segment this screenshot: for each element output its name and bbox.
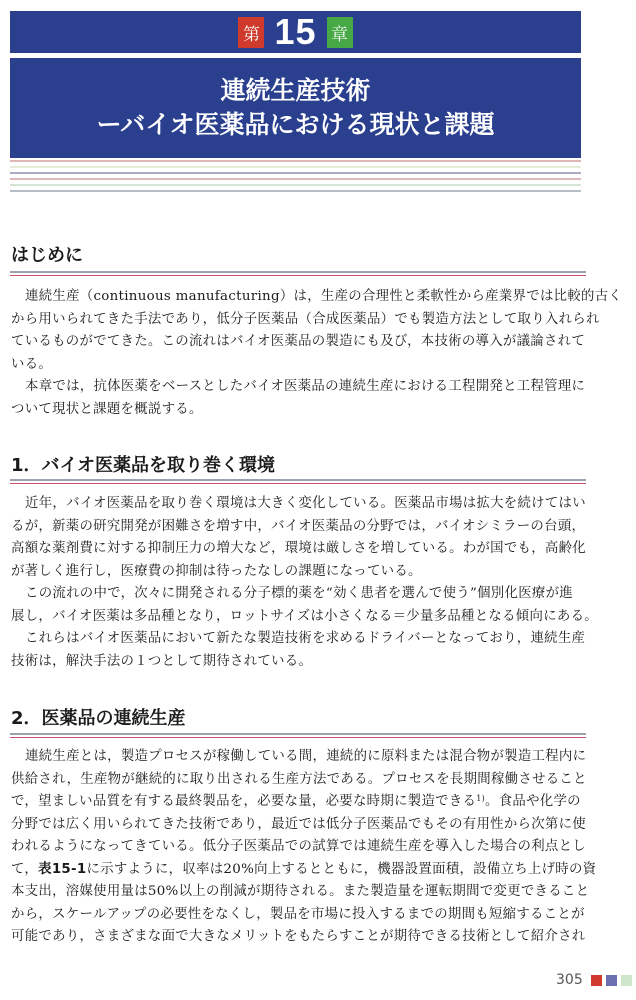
heading-rule [10, 483, 586, 484]
text-line: ついて現状と課題を概説する。 [11, 399, 591, 422]
page-number: 305 [556, 972, 583, 988]
text-line: 連続生産（continuous manufacturing）は，生産の合理性と柔… [11, 286, 591, 309]
heading-rule [10, 733, 586, 735]
heading-rule [10, 737, 586, 738]
decorative-line [10, 184, 581, 186]
text-line: ているものがでてきた。この流れはバイオ医薬品の製造にも及び，本技術の導入が議論さ… [11, 331, 591, 354]
text-line: この流れの中で，次々に開発される分子標的薬を“効く患者を選んで使う”個別化医療が… [11, 583, 591, 606]
text-line: 技術は，解決手法の１つとして期待されている。 [11, 651, 591, 674]
paragraph: 連続生産（continuous manufacturing）は，生産の合理性と柔… [11, 286, 591, 421]
text-line: 分野では広く用いられてきた技術であり，最近では低分子医薬品でもその有用性から次第… [11, 814, 591, 837]
text-line: から，スケールアップの必要性をなくし，製品を市場に投入するまでの期間も短縮するこ… [11, 904, 591, 927]
decorative-line [10, 190, 581, 192]
text-line: これらはバイオ医薬品において新たな製造技術を求めるドライバーとなっており，連続生… [11, 628, 591, 651]
chapter-suffix-box: 章 [327, 17, 353, 48]
text-line: 近年，バイオ医薬品を取り巻く環境は大きく変化している。医薬品市場は拡大を続けては… [11, 493, 591, 516]
heading-rule [10, 479, 586, 481]
text-line: 展し，バイオ医薬は多品種となり，ロットサイズは小さくなる＝少量多品種となる傾向に… [11, 606, 591, 629]
text-line: われるようになってきている。低分子医薬品での試算では連続生産を導入した場合の利点… [11, 836, 591, 859]
green-square-icon [621, 975, 632, 986]
text-line: 本章では，抗体医薬をベースとしたバイオ医薬品の連続生産における工程開発と工程管理… [11, 376, 591, 399]
section-heading-intro: はじめに [11, 245, 83, 267]
text-segment: で，望ましい品質を有する最終製品を，必要な量，必要な時期に製造できる [11, 794, 476, 809]
decorative-line [10, 166, 581, 168]
text-segment: て， [11, 862, 38, 877]
text-line: るが，新薬の研究開発が困難さを増す中，バイオ医薬品の分野では，バイオシミラーの台… [11, 516, 591, 539]
decorative-line [10, 160, 581, 162]
text-line: で，望ましい品質を有する最終製品を，必要な量，必要な時期に製造できる1)。食品や… [11, 791, 591, 814]
chapter-title-line2: ーバイオ医薬品における現状と課題 [10, 108, 581, 142]
reference-marker[interactable]: 1) [476, 794, 485, 803]
table-reference[interactable]: 表15-1 [38, 862, 86, 877]
text-line: 本支出，溶媒使用量は50%以上の削減が期待される。また製造量を運転期間で変更でき… [11, 881, 591, 904]
text-line: て，表15-1に示すように，収率は20%向上するとともに，機器設置面積，設備立ち… [11, 859, 591, 882]
heading-rule [10, 275, 586, 276]
heading-rule [10, 271, 586, 273]
text-line: 供給され，生産物が継続的に取り出される生産方法である。プロセスを長期間稼働させる… [11, 769, 591, 792]
section-heading-2: 2．医薬品の連続生産 [11, 708, 186, 730]
text-line: が著しく進行し，医療費の抑制は待ったなしの課題になっている。 [11, 561, 591, 584]
chapter-number-bar: 第 15 章 [10, 11, 581, 53]
chapter-number: 15 [270, 14, 320, 50]
section-heading-1: 1．バイオ医薬品を取り巻く環境 [11, 455, 275, 477]
text-line: 高額な薬剤費に対する抑制圧力の増大など，環境は厳しさを増している。わが国でも，高… [11, 538, 591, 561]
chapter-title: 連続生産技術 ーバイオ医薬品における現状と課題 [10, 58, 581, 158]
text-line: から用いられてきた手法であり，低分子医薬品（合成医薬品）でも製造方法として取り入… [11, 309, 591, 332]
paragraph: 近年，バイオ医薬品を取り巻く環境は大きく変化している。医薬品市場は拡大を続けては… [11, 493, 591, 673]
text-segment: 。食品や化学の [485, 794, 581, 809]
decorative-line [10, 178, 581, 180]
text-line: 連続生産とは，製造プロセスが稼働している間，連続的に原料または混合物が製造工程内… [11, 746, 591, 769]
chapter-title-line1: 連続生産技術 [10, 74, 581, 108]
text-segment: に示すように，収率は20%向上するとともに，機器設置面積，設備立ち上げ時の資 [87, 862, 597, 877]
paragraph: 連続生産とは，製造プロセスが稼働している間，連続的に原料または混合物が製造工程内… [11, 746, 591, 949]
chapter-prefix-box: 第 [238, 17, 264, 48]
decorative-line [10, 172, 581, 174]
red-square-icon [591, 975, 602, 986]
blue-square-icon [606, 975, 617, 986]
page-footer: 305 [556, 972, 632, 988]
text-line: 可能であり，さまざまな面で大きなメリットをもたらすことが期待できる技術として紹介… [11, 926, 591, 949]
text-line: いる。 [11, 354, 591, 377]
